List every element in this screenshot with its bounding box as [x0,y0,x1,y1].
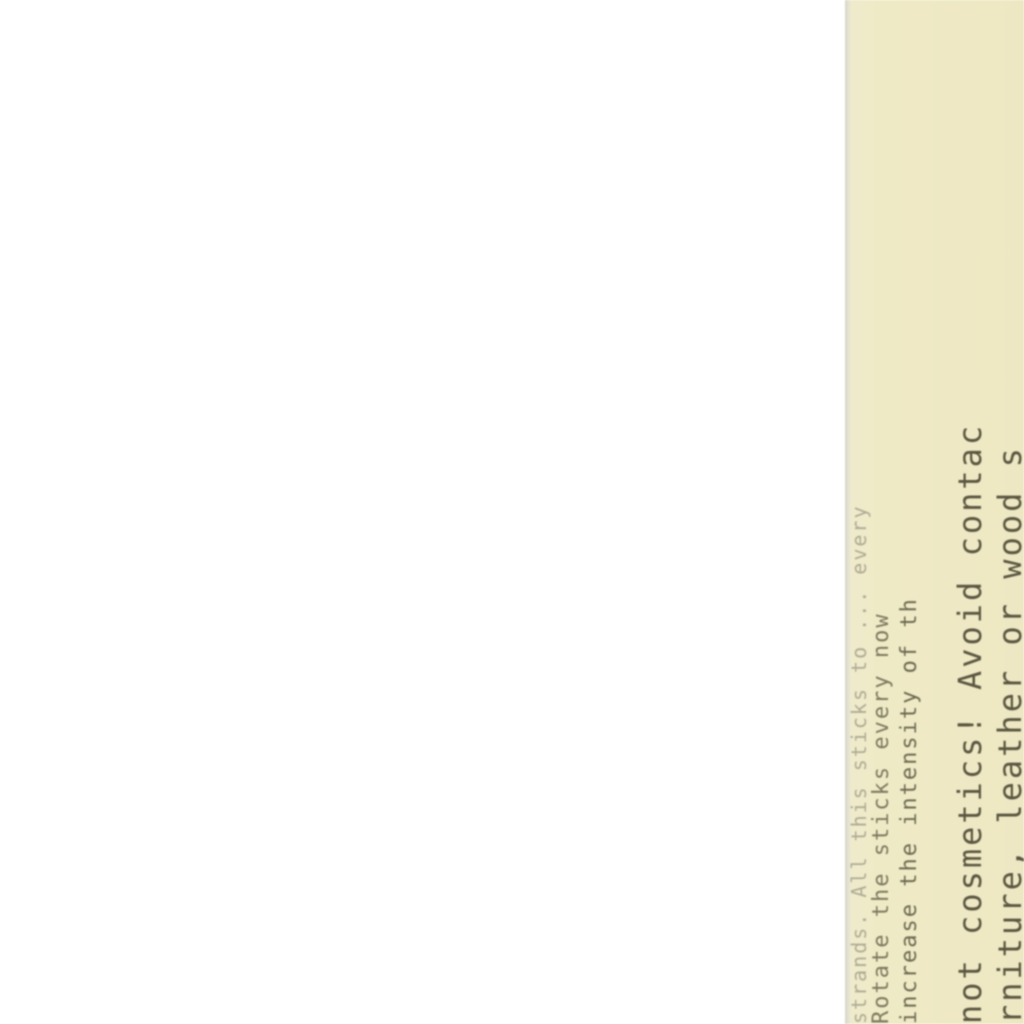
label-text-line-5: rniture, leather or wood s [991,0,1024,1024]
label-text-line-3: increase the intensity of th [897,0,937,1024]
label-text-line-4: not cosmetics! Avoid contac [951,0,991,1024]
product-label: strands. All this sticks to ... every Ro… [845,0,1024,1024]
photo-scene: strands. All this sticks to ... every Ro… [0,0,1024,1024]
